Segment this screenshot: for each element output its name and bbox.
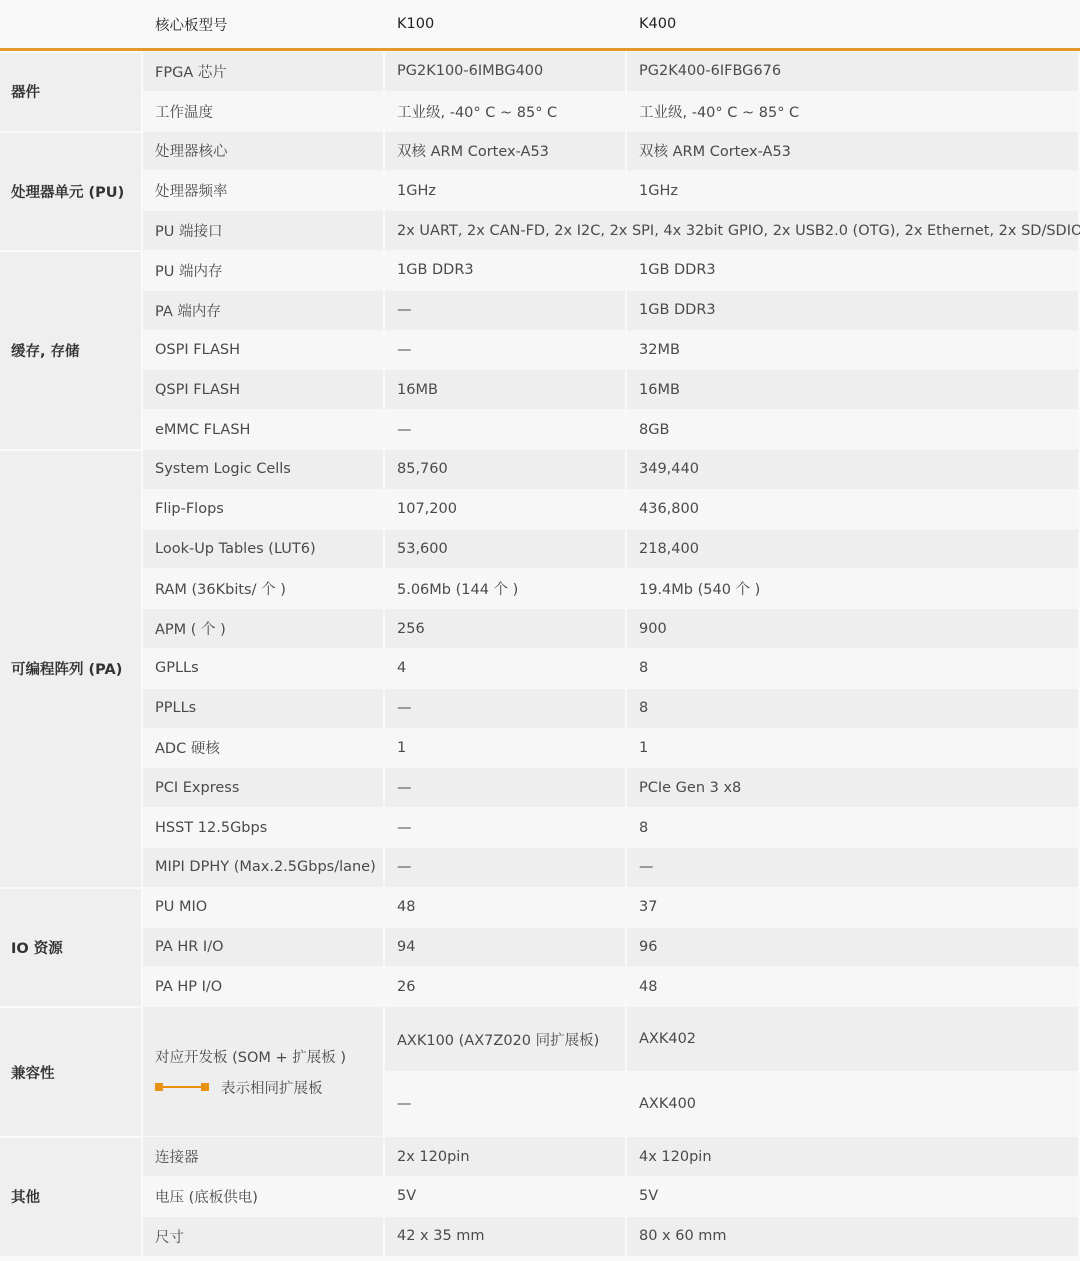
k400-value: PG2K400-6IFBG676 [627,51,1080,91]
k400-value: 1GB DDR3 [627,290,1080,330]
table-row: 处理器单元 (PU) 处理器核心 双核 ARM Cortex-A53 双核 AR… [0,131,1080,171]
header-row: 核心板型号 K100 K400 [0,0,1080,51]
header-k100: K100 [385,0,627,51]
k400-value: 5V [627,1176,1080,1216]
k100-value: 1 [385,728,627,768]
row-label: PA 端内存 [143,290,385,330]
k400-value: 900 [627,608,1080,648]
row-label: GPLLs [143,648,385,688]
k100-value: 256 [385,608,627,648]
k100-value: AXK100 (AX7Z020 同扩展板) [385,1006,627,1071]
merged-value: 2x UART, 2x CAN-FD, 2x I2C, 2x SPI, 4x 3… [385,210,1080,250]
table-row: 工作温度 工业级, -40° C ~ 85° C 工业级, -40° C ~ 8… [0,91,1080,131]
compat-label-cell: 对应开发板 (SOM + 扩展板 ) 表示相同扩展板 [143,1006,385,1136]
group-pu: 处理器单元 (PU) [0,131,143,250]
legend-line-icon [163,1086,201,1088]
k100-value: 2x 120pin [385,1136,627,1176]
header-blank [0,0,143,51]
k100-value: 42 x 35 mm [385,1216,627,1256]
legend-text: 表示相同扩展板 [221,1077,323,1098]
table-row: MIPI DPHY (Max.2.5Gbps/lane) — — [0,847,1080,887]
k400-value: 8 [627,807,1080,847]
k400-value: 96 [627,927,1080,967]
row-label: Flip-Flops [143,489,385,529]
table-row: 其他 连接器 2x 120pin 4x 120pin [0,1136,1080,1176]
k100-value: 53,600 [385,529,627,569]
table-row: 缓存, 存储 PU 端内存 1GB DDR3 1GB DDR3 [0,250,1080,290]
table-row: 兼容性 对应开发板 (SOM + 扩展板 ) 表示相同扩展板 AXK100 (A… [0,1006,1080,1071]
table-row: ADC 硬核 1 1 [0,728,1080,768]
row-label: ADC 硬核 [143,728,385,768]
k400-value: 8 [627,688,1080,728]
table-row: PA 端内存 — 1GB DDR3 [0,290,1080,330]
table-row: GPLLs 4 8 [0,648,1080,688]
table-row: Look-Up Tables (LUT6) 53,600 218,400 [0,529,1080,569]
row-label: PU 端内存 [143,250,385,290]
k400-value: 37 [627,887,1080,927]
k400-value: 4x 120pin [627,1136,1080,1176]
k100-value: 5.06Mb (144 个 ) [385,568,627,608]
legend-square-icon [155,1083,163,1091]
k400-value: 16MB [627,369,1080,409]
k100-value: — [385,330,627,370]
table-row: PPLLs — 8 [0,688,1080,728]
table-row: PCI Express — PCIe Gen 3 x8 [0,767,1080,807]
row-label: 尺寸 [143,1216,385,1256]
group-compat: 兼容性 [0,1006,143,1136]
k400-value: 1 [627,728,1080,768]
k100-value: 1GHz [385,170,627,210]
table-row: 器件 FPGA 芯片 PG2K100-6IMBG400 PG2K400-6IFB… [0,51,1080,91]
table-row: OSPI FLASH — 32MB [0,330,1080,370]
group-other: 其他 [0,1136,143,1255]
legend-square-icon [201,1083,209,1091]
k100-value: — [385,688,627,728]
row-label: 处理器频率 [143,170,385,210]
table-row: APM ( 个 ) 256 900 [0,608,1080,648]
row-label: PU MIO [143,887,385,927]
k400-value: 349,440 [627,449,1080,489]
table-row: HSST 12.5Gbps — 8 [0,807,1080,847]
row-label: 连接器 [143,1136,385,1176]
k400-value: 1GHz [627,170,1080,210]
k100-value: — [385,1071,627,1136]
k100-value: 26 [385,966,627,1006]
k100-value: 双核 ARM Cortex-A53 [385,131,627,171]
k100-value: PG2K100-6IMBG400 [385,51,627,91]
k400-value: PCIe Gen 3 x8 [627,767,1080,807]
k400-value: 19.4Mb (540 个 ) [627,568,1080,608]
k100-value: 107,200 [385,489,627,529]
row-label: MIPI DPHY (Max.2.5Gbps/lane) [143,847,385,887]
table-row: QSPI FLASH 16MB 16MB [0,369,1080,409]
k100-value: — [385,847,627,887]
row-label: FPGA 芯片 [143,51,385,91]
row-label: Look-Up Tables (LUT6) [143,529,385,569]
k400-value: 8 [627,648,1080,688]
k100-value: 94 [385,927,627,967]
k400-value: 48 [627,966,1080,1006]
k100-value: — [385,409,627,449]
k400-value: 1GB DDR3 [627,250,1080,290]
row-label: eMMC FLASH [143,409,385,449]
k400-value: 32MB [627,330,1080,370]
row-label: System Logic Cells [143,449,385,489]
row-label: OSPI FLASH [143,330,385,370]
row-label: PCI Express [143,767,385,807]
table-row: eMMC FLASH — 8GB [0,409,1080,449]
k100-value: 16MB [385,369,627,409]
row-label: 对应开发板 (SOM + 扩展板 ) [155,1046,383,1067]
row-label: PA HR I/O [143,927,385,967]
table-row: PA HR I/O 94 96 [0,927,1080,967]
k400-value: 80 x 60 mm [627,1216,1080,1256]
k100-value: 1GB DDR3 [385,250,627,290]
k100-value: 5V [385,1176,627,1216]
k100-value: 工业级, -40° C ~ 85° C [385,91,627,131]
group-storage: 缓存, 存储 [0,250,143,449]
table-row: 可编程阵列 (PA) System Logic Cells 85,760 349… [0,449,1080,489]
row-label: APM ( 个 ) [143,608,385,648]
k400-value: 436,800 [627,489,1080,529]
table-row: PU 端接口 2x UART, 2x CAN-FD, 2x I2C, 2x SP… [0,210,1080,250]
row-label: RAM (36Kbits/ 个 ) [143,568,385,608]
spec-comparison-table: 核心板型号 K100 K400 器件 FPGA 芯片 PG2K100-6IMBG… [0,0,1080,1256]
k100-value: 4 [385,648,627,688]
row-label: 电压 (底板供电) [143,1176,385,1216]
table-row: 尺寸 42 x 35 mm 80 x 60 mm [0,1216,1080,1256]
table-row: Flip-Flops 107,200 436,800 [0,489,1080,529]
k400-value: AXK400 [627,1071,1080,1136]
row-label: QSPI FLASH [143,369,385,409]
group-io: IO 资源 [0,887,143,1006]
table-row: RAM (36Kbits/ 个 ) 5.06Mb (144 个 ) 19.4Mb… [0,568,1080,608]
row-label: PPLLs [143,688,385,728]
k400-value: 8GB [627,409,1080,449]
k400-value: 218,400 [627,529,1080,569]
table-row: PA HP I/O 26 48 [0,966,1080,1006]
row-label: 工作温度 [143,91,385,131]
k100-value: 85,760 [385,449,627,489]
group-devices: 器件 [0,51,143,131]
header-label: 核心板型号 [143,0,385,51]
header-k400: K400 [627,0,1080,51]
k400-value: — [627,847,1080,887]
group-pa: 可编程阵列 (PA) [0,449,143,887]
row-label: 处理器核心 [143,131,385,171]
same-board-legend: 表示相同扩展板 [155,1077,383,1098]
k400-value: AXK402 [627,1006,1080,1071]
table-row: IO 资源 PU MIO 48 37 [0,887,1080,927]
k100-value: — [385,807,627,847]
k100-value: 48 [385,887,627,927]
table-row: 处理器频率 1GHz 1GHz [0,170,1080,210]
k400-value: 双核 ARM Cortex-A53 [627,131,1080,171]
k100-value: — [385,290,627,330]
k400-value: 工业级, -40° C ~ 85° C [627,91,1080,131]
row-label: HSST 12.5Gbps [143,807,385,847]
k100-value: — [385,767,627,807]
row-label: PU 端接口 [143,210,385,250]
table-row: 电压 (底板供电) 5V 5V [0,1176,1080,1216]
row-label: PA HP I/O [143,966,385,1006]
